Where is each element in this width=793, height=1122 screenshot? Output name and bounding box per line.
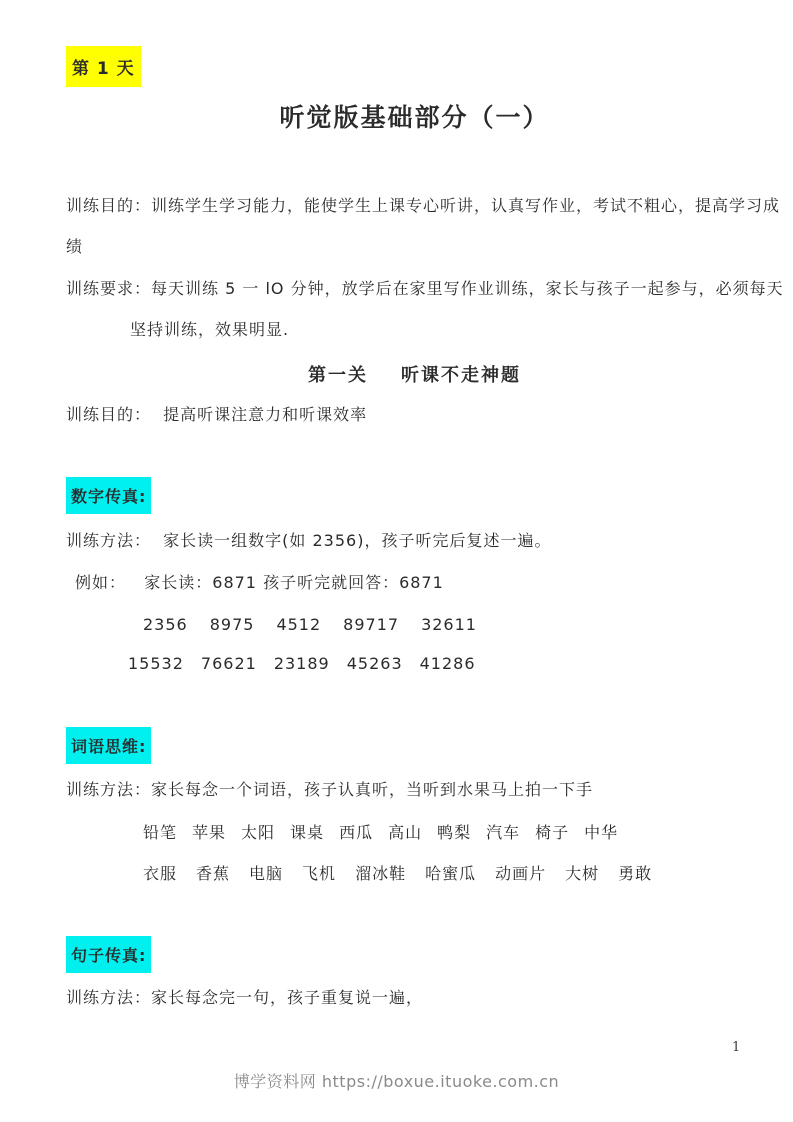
training-requirement-line-2: 坚持训练，效果明显. [130, 319, 289, 340]
gate1-purpose: 训练目的： 提高听课注意力和听课效率 [66, 404, 367, 425]
day-badge: 第 1 天 [66, 46, 141, 87]
number-item: 23189 [274, 654, 330, 673]
word-item: 鸭梨 [437, 820, 471, 843]
sentence-fax-label: 句子传真: [66, 936, 151, 973]
word-item: 勇敢 [618, 861, 652, 884]
word-item: 溜冰鞋 [355, 861, 406, 884]
page-title: 听觉版基础部分（一） [0, 98, 793, 134]
gate1-heading: 第一关 听课不走神题 [0, 361, 793, 387]
page-number: 1 [732, 1040, 740, 1055]
word-item: 中华 [584, 820, 618, 843]
numbers-row-2: 1553276621231894526341286 [128, 654, 476, 673]
number-item: 41286 [420, 654, 476, 673]
word-thinking-label: 词语思维: [66, 727, 151, 764]
number-item: 76621 [201, 654, 257, 673]
number-item: 45263 [347, 654, 403, 673]
number-item: 15532 [128, 654, 184, 673]
words-row-2: 衣服香蕉电脑飞机溜冰鞋哈蜜瓜动画片大树勇敢 [143, 861, 652, 884]
training-requirement-line-1: 训练要求：每天训练 5 一 lO 分钟，放学后在家里写作业训练，家长与孩子一起参… [66, 278, 784, 299]
word-item: 电脑 [249, 861, 283, 884]
digit-fax-method: 训练方法： 家长读一组数字(如 2356)，孩子听完后复述一遍。 [66, 530, 551, 551]
word-item: 铅笔 [143, 820, 177, 843]
word-item: 西瓜 [339, 820, 373, 843]
word-item: 哈蜜瓜 [425, 861, 476, 884]
sentence-fax-method: 训练方法：家长每念完一句，孩子重复说一遍， [66, 987, 423, 1008]
numbers-row-1: 2356897545128971732611 [143, 615, 477, 634]
digit-fax-label: 数字传真: [66, 477, 151, 514]
number-item: 32611 [421, 615, 477, 634]
word-item: 太阳 [241, 820, 275, 843]
word-item: 高山 [388, 820, 422, 843]
footer-site-text: 博学资料网 https://boxue.ituoke.com.cn [0, 1069, 793, 1092]
word-item: 椅子 [535, 820, 569, 843]
word-item: 飞机 [302, 861, 336, 884]
training-purpose-line-2: 绩 [66, 236, 83, 257]
number-item: 8975 [210, 615, 255, 634]
word-item: 衣服 [143, 861, 177, 884]
digit-fax-example: 例如： 家长读：6871 孩子听完就回答：6871 [75, 572, 444, 593]
word-item: 课桌 [290, 820, 324, 843]
word-item: 动画片 [495, 861, 546, 884]
word-item: 大树 [565, 861, 599, 884]
words-row-1: 铅笔苹果太阳课桌西瓜高山鸭梨汽车椅子中华 [143, 820, 618, 843]
document-page: 第 1 天 听觉版基础部分（一） 训练目的：训练学生学习能力，能使学生上课专心听… [0, 0, 793, 1122]
word-thinking-method: 训练方法：家长每念一个词语，孩子认真听，当听到水果马上拍一下手 [66, 779, 593, 800]
word-item: 香蕉 [196, 861, 230, 884]
training-purpose-line-1: 训练目的：训练学生学习能力，能使学生上课专心听讲，认真写作业，考试不粗心，提高学… [66, 195, 780, 216]
word-item: 汽车 [486, 820, 520, 843]
word-item: 苹果 [192, 820, 226, 843]
number-item: 4512 [276, 615, 321, 634]
number-item: 2356 [143, 615, 188, 634]
number-item: 89717 [343, 615, 399, 634]
